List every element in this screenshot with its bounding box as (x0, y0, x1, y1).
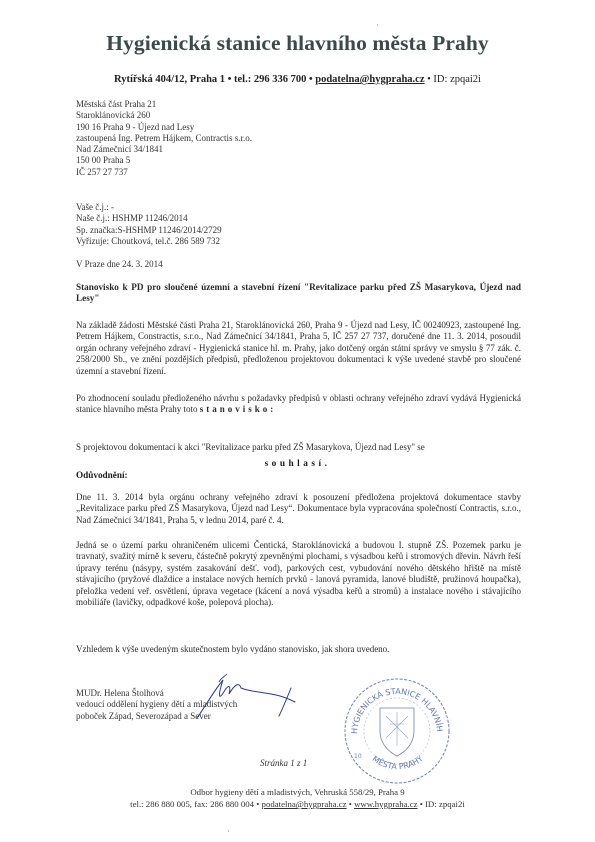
scan-speck (377, 24, 378, 26)
footer: Odbor hygieny dětí a mladistvých, Vehrus… (0, 786, 595, 810)
footer-department: Odbor hygieny dětí a mladistvých, Vehrus… (0, 786, 595, 798)
our-reference: Naše č.j.: HSHMP 11246/2014 (76, 213, 222, 224)
recipient-line: 190 16 Praha 9 - Újezd nad Lesy (76, 122, 252, 133)
footer-id-label: • ID: (418, 799, 439, 809)
evaluation-text: Po zhodnocení souladu předloženého návrh… (76, 393, 521, 414)
header-phone: 296 336 700 (254, 74, 307, 85)
recipient-line: Nad Zámečnicí 34/1841 (76, 144, 252, 155)
official-stamp-icon: HYGIENICKÁ STANICE HLAVNÍHO MĚSTA PRAHY … (340, 676, 455, 786)
recipient-line: IČ 257 27 737 (76, 167, 252, 178)
footer-web-link[interactable]: www.hygpraha.cz (354, 799, 417, 809)
paragraph-description: Jedná se o území parku ohraničeném ulice… (76, 540, 521, 608)
header-contact: Rytířská 404/12, Praha 1 • tel.: 296 336… (0, 74, 595, 85)
scan-speck (228, 830, 229, 832)
footer-separator: • (254, 799, 261, 809)
header-address: Rytířská 404/12, Praha 1 (114, 74, 225, 85)
header-separator: • (306, 74, 315, 85)
recipient-address: Městská část Praha 21 Staroklánovická 26… (76, 99, 252, 178)
header-separator: • tel.: (225, 74, 254, 85)
paragraph-evaluation: Po zhodnocení souladu předloženého návrh… (76, 393, 521, 416)
colon: : (270, 404, 273, 414)
subject-heading: Stanovisko k PD pro sloučené územní a st… (76, 282, 521, 305)
recipient-line: Staroklánovická 260 (76, 110, 252, 121)
paragraph-conclusion: Vzhledem k výše uvedeným skutečnostem by… (76, 644, 521, 655)
paragraph-request: Na základě žádosti Městské části Praha 2… (76, 320, 521, 377)
footer-phone-fax: tel.: 286 880 005, fax: 286 880 004 (130, 799, 254, 809)
recipient-line: zastoupená Ing. Petrem Hájkem, Contracti… (76, 133, 252, 144)
date-line: V Praze dne 24. 3. 2014 (76, 259, 163, 269)
agreement-verdict: souhlasí. (0, 459, 595, 469)
footer-databox-id: zpqai2i (439, 799, 465, 809)
recipient-line: Městská část Praha 21 (76, 99, 252, 110)
recipient-line: 150 00 Praha 5 (76, 155, 252, 166)
footer-separator: • (347, 799, 354, 809)
footer-email-link[interactable]: podatelna@hygpraha.cz (262, 799, 347, 809)
document-title: Hygienická stanice hlavního města Prahy (0, 31, 595, 56)
handled-by: Vyřizuje: Choutková, tel.č. 286 589 732 (76, 236, 222, 247)
justification-heading: Odůvodnění: (76, 470, 128, 480)
file-mark: Sp. značka:S-HSHMP 11246/2014/2729 (76, 225, 222, 236)
header-separator: • ID: (425, 74, 451, 85)
opinion-word: stanovisko (200, 404, 271, 414)
page-number: Stránka 1 z 1 (260, 758, 307, 768)
svg-text:MĚSTA PRAHY: MĚSTA PRAHY (371, 754, 425, 771)
handwritten-signature-icon (195, 672, 305, 722)
your-reference: Vaše č.j.: - (76, 202, 222, 213)
reference-block: Vaše č.j.: - Naše č.j.: HSHMP 11246/2014… (76, 202, 222, 247)
paragraph-project: S projektovou dokumentací k akci "Revita… (76, 442, 521, 453)
paragraph-submission: Dne 11. 3. 2014 byla orgánu ochrany veře… (76, 492, 521, 526)
header-databox-id: zpqai2i (450, 74, 481, 85)
footer-contact: tel.: 286 880 005, fax: 286 880 004 • po… (0, 798, 595, 810)
svg-text:10: 10 (354, 753, 362, 760)
header-email-link[interactable]: podatelna@hygpraha.cz (315, 74, 424, 85)
